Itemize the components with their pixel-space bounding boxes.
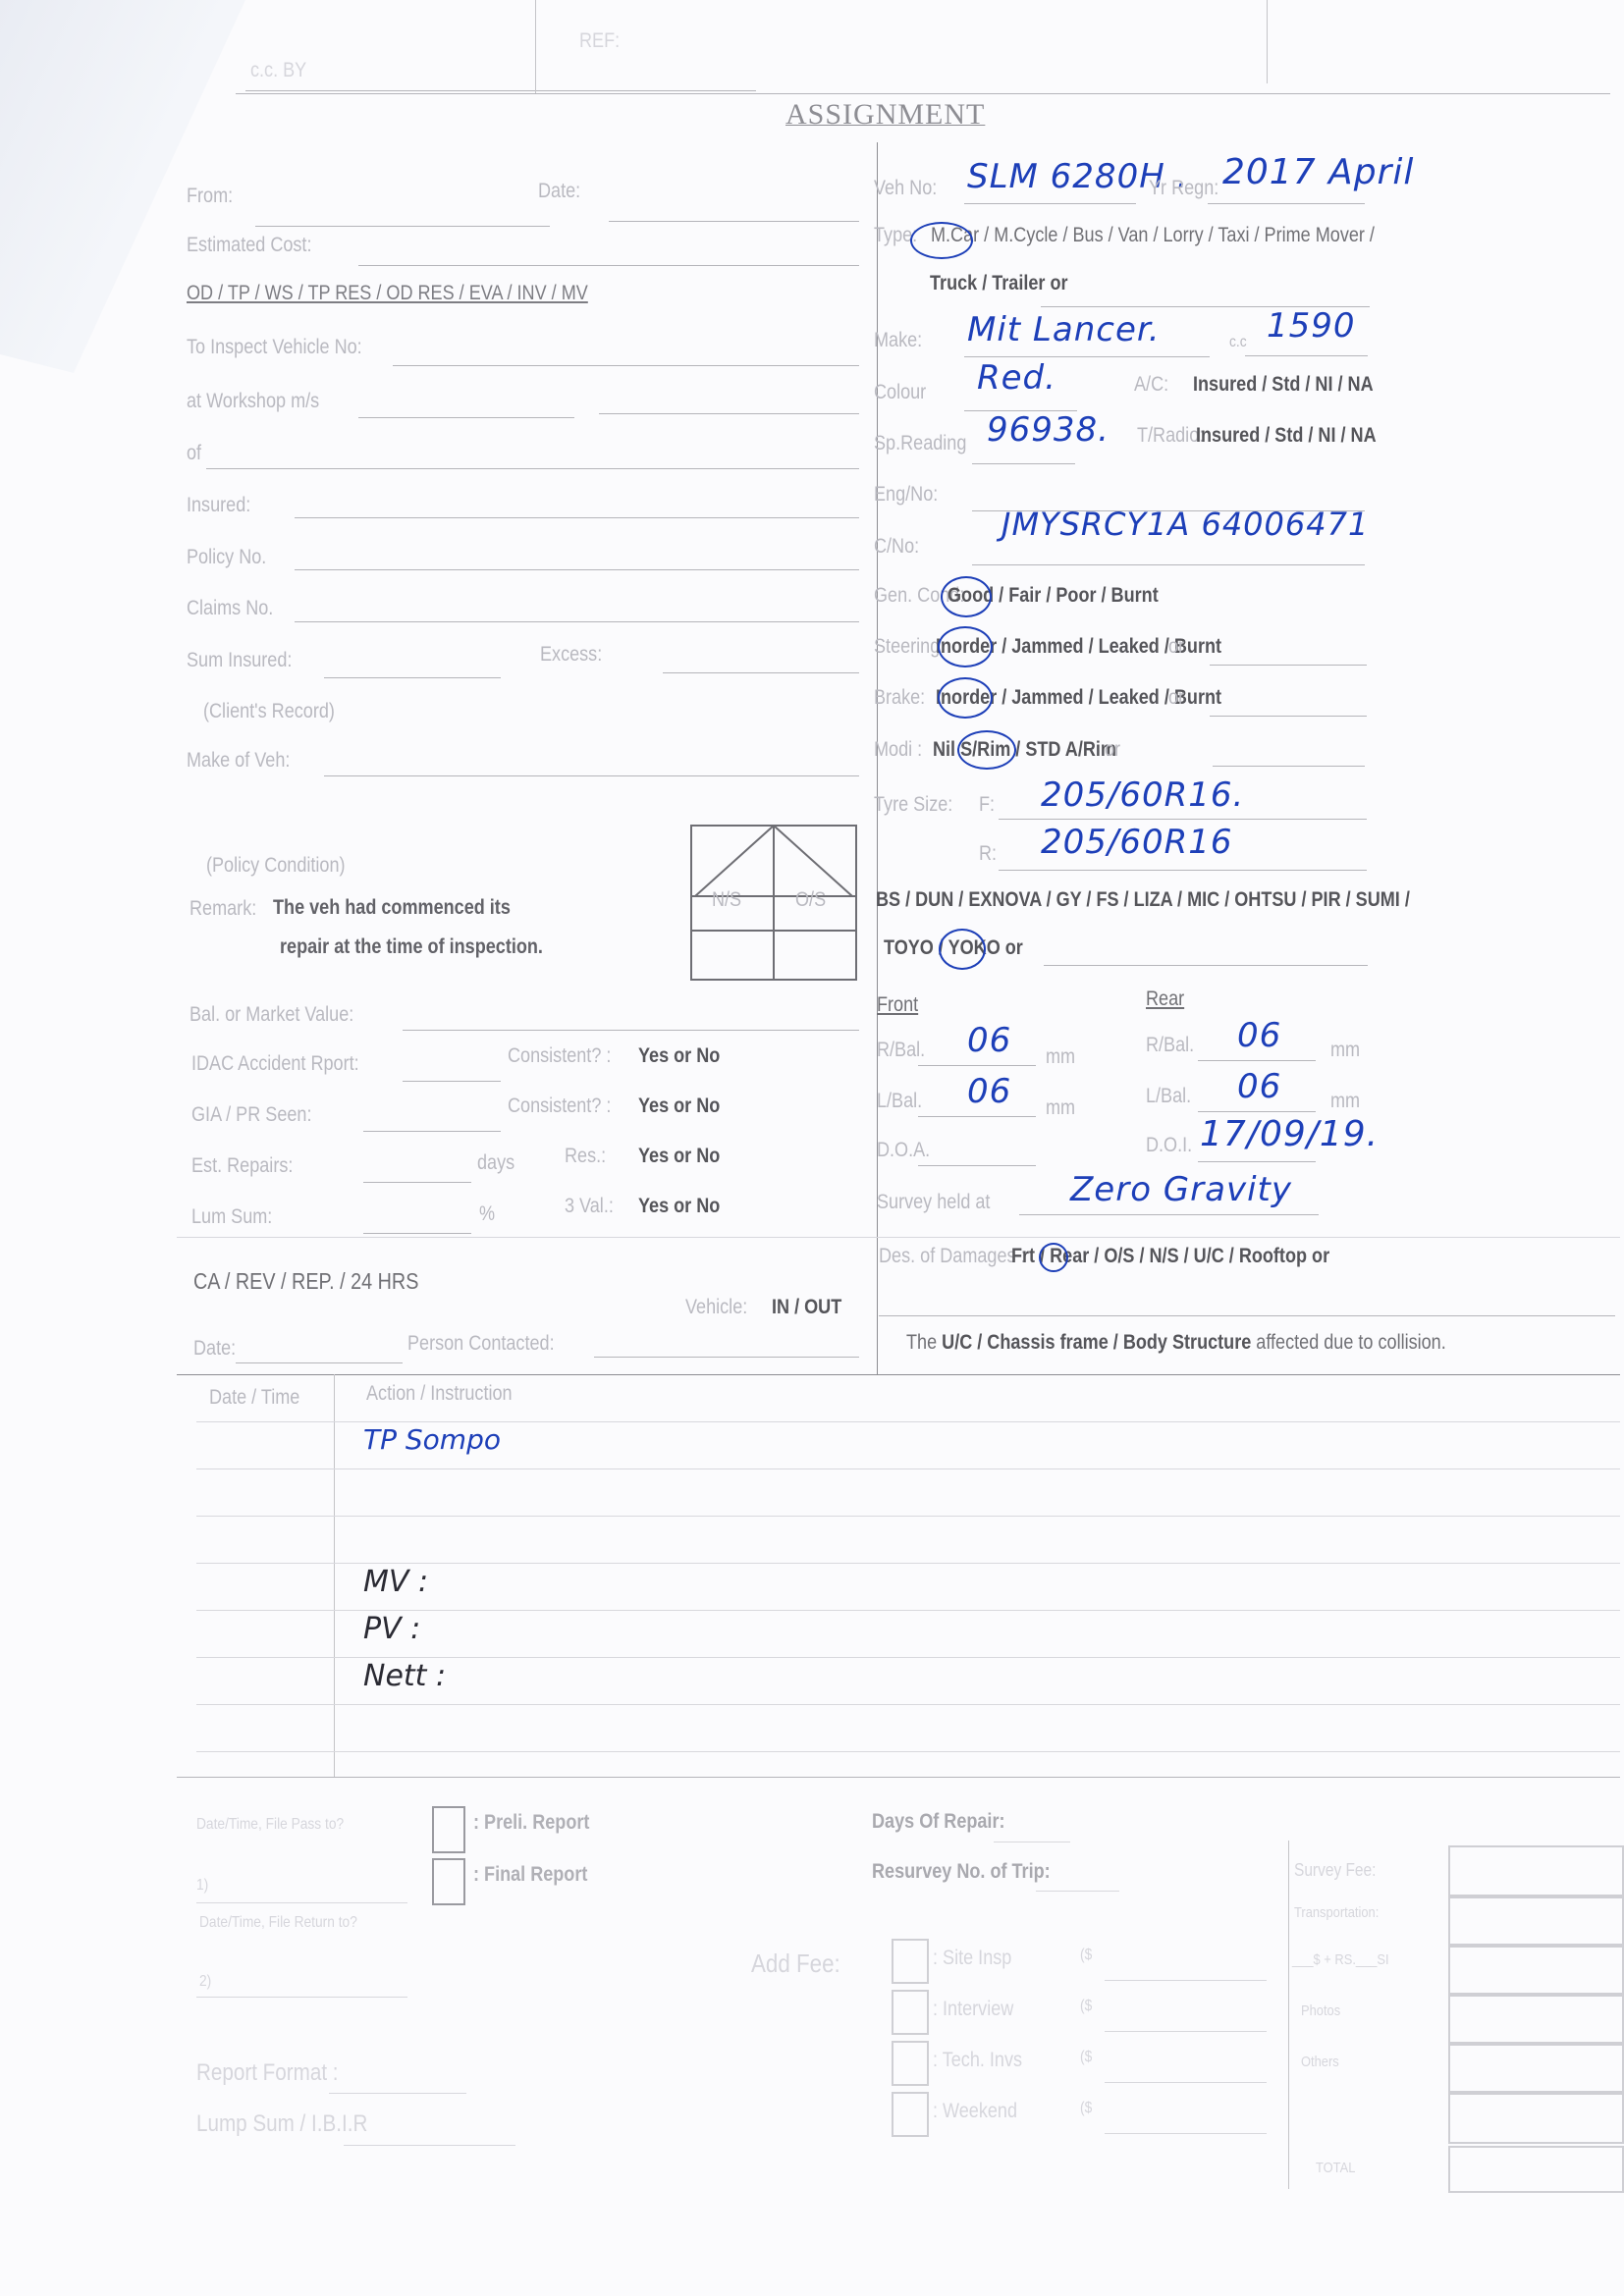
- log-top-border: [177, 1374, 1620, 1375]
- cc-label: c.c: [1229, 334, 1247, 351]
- ac-label: A/C:: [1134, 373, 1168, 397]
- insured-label: Insured:: [187, 494, 250, 517]
- log-row-divider: [196, 1516, 1620, 1517]
- header-bottom-line: [236, 93, 1610, 94]
- sp-reading-value[interactable]: 96938.: [987, 410, 1110, 450]
- person-contacted-label: Person Contacted:: [407, 1332, 555, 1356]
- resurvey-label: Resurvey No. of Trip:: [872, 1860, 1051, 1884]
- front-lbal-value[interactable]: 06: [967, 1072, 1011, 1111]
- doi-label: D.O.I.: [1146, 1134, 1192, 1157]
- to-inspect-field[interactable]: [393, 365, 859, 366]
- log-column-divider: [334, 1374, 335, 1777]
- front-lbal-mm: mm: [1046, 1096, 1075, 1120]
- make-field: [964, 356, 1210, 357]
- faint-divider: [177, 1237, 1620, 1238]
- log-col-datetime: Date / Time: [209, 1386, 299, 1410]
- log-row-divider: [196, 1704, 1620, 1705]
- rear-rbal-field: [1198, 1060, 1316, 1061]
- damages-label: Des. of Damages :: [879, 1245, 1026, 1268]
- item2-label: 2): [199, 1973, 211, 1991]
- excess-field[interactable]: [663, 672, 859, 673]
- date-field[interactable]: [609, 221, 859, 222]
- idac-label: IDAC Accident Rport:: [191, 1052, 359, 1076]
- add-fee-checkbox[interactable]: [892, 1990, 929, 2035]
- diagram-os-label: O/S: [795, 888, 826, 912]
- add-fee-item-label: : Weekend: [933, 2100, 1017, 2123]
- front-rbal-mm: mm: [1046, 1045, 1075, 1069]
- final-report-label: : Final Report: [473, 1863, 587, 1887]
- res-label: Res.:: [565, 1145, 606, 1168]
- fee-amount-cell[interactable]: [1448, 2042, 1624, 2095]
- tyre-r-value[interactable]: 205/60R16: [1041, 823, 1233, 862]
- sum-insured-label: Sum Insured:: [187, 649, 292, 672]
- report-format-label: Report Format :: [196, 2059, 339, 2087]
- modi-or-label: or: [1105, 738, 1120, 762]
- days-label: days: [477, 1151, 514, 1175]
- steering-or-label: or: [1168, 635, 1184, 659]
- tyre-brand-other-field[interactable]: [1044, 965, 1368, 966]
- add-fee-checkbox[interactable]: [892, 2092, 929, 2137]
- uc-line: The U/C / Chassis frame / Body Structure…: [906, 1331, 1446, 1355]
- gen-cond-selected-circle: [941, 576, 992, 617]
- log-row-divider: [196, 1421, 1620, 1422]
- tyre-f-label: F:: [979, 793, 995, 817]
- report-type-options[interactable]: CA / REV / REP. / 24 HRS: [193, 1268, 418, 1295]
- workshop-label: at Workshop m/s: [187, 390, 319, 413]
- yr-regn-value[interactable]: 2017 April: [1222, 152, 1414, 192]
- percent-label: %: [479, 1202, 495, 1226]
- preli-report-checkbox[interactable]: [432, 1806, 465, 1853]
- file-pass-field[interactable]: [196, 1902, 407, 1903]
- uc-line-options[interactable]: U/C / Chassis frame / Body Structure: [942, 1331, 1251, 1354]
- tyre-brand-selected-circle: [939, 929, 986, 970]
- of-field[interactable]: [206, 468, 859, 469]
- type-selected-circle: [910, 222, 973, 259]
- log-bottom-border: [177, 1777, 1620, 1778]
- brake-label: Brake:: [874, 686, 925, 710]
- rear-rbal-value[interactable]: 06: [1237, 1016, 1281, 1055]
- header-divider: [535, 0, 536, 93]
- tyre-r-label: R:: [979, 842, 997, 866]
- header-divider-right: [1267, 0, 1268, 83]
- transportation-label: Transportation:: [1294, 1904, 1379, 1921]
- rate-label: ___$ + RS.___SI: [1292, 1951, 1389, 1968]
- modi-label: Modi :: [874, 738, 922, 762]
- front-heading: Front: [877, 993, 918, 1017]
- idac-field[interactable]: [403, 1081, 501, 1082]
- rear-rbal-mm: mm: [1330, 1039, 1360, 1062]
- rear-lbal-mm: mm: [1330, 1090, 1360, 1113]
- from-label: From:: [187, 185, 233, 208]
- brake-or-label: or: [1168, 686, 1184, 710]
- steering-label: Steering:: [874, 635, 945, 659]
- doa-field[interactable]: [918, 1165, 1036, 1166]
- front-rbal-field: [918, 1065, 1036, 1066]
- policy-label: Policy No.: [187, 546, 266, 569]
- fee-amount-cell[interactable]: [1448, 2091, 1624, 2144]
- three-val-yes-no[interactable]: Yes or No: [638, 1195, 720, 1218]
- add-fee-currency: ($: [1080, 1947, 1092, 1964]
- tradio-label: T/Radio:: [1137, 424, 1204, 448]
- remark-line-2: repair at the time of inspection.: [280, 935, 543, 959]
- ref-label: REF:: [579, 29, 620, 53]
- log-entry-action[interactable]: Nett :: [363, 1659, 446, 1693]
- fee-amount-cell[interactable]: [1448, 1895, 1624, 1948]
- item1-label: 1): [196, 1877, 208, 1895]
- c-no-field: [972, 564, 1365, 565]
- clients-record-label: (Client's Record): [203, 700, 335, 723]
- sum-insured-field[interactable]: [324, 677, 501, 678]
- colour-value[interactable]: Red.: [977, 358, 1056, 398]
- fee-amount-cell[interactable]: [1448, 1993, 1624, 2046]
- damages-selected-circle: [1039, 1243, 1068, 1272]
- steering-selected-circle: [938, 626, 993, 667]
- remark-line-1: The veh had commenced its: [273, 896, 511, 920]
- insured-field[interactable]: [295, 517, 859, 518]
- front-lbal-label: L/Bal.: [877, 1090, 922, 1113]
- front-rbal-label: R/Bal.: [877, 1039, 925, 1062]
- gia-field[interactable]: [363, 1131, 501, 1132]
- vehicle-in-out[interactable]: IN / OUT: [772, 1296, 841, 1319]
- idac-yes-no[interactable]: Yes or No: [638, 1044, 720, 1068]
- add-fee-item-label: : Tech. Invs: [933, 2049, 1022, 2072]
- c-no-value[interactable]: JMYSRCY1A 64006471: [1001, 506, 1369, 543]
- diagram-ns-label: N/S: [712, 888, 741, 912]
- header-line: [245, 90, 756, 91]
- yr-regn-label: Yr Regn:: [1149, 177, 1218, 200]
- idac-consistent-label: Consistent? :: [508, 1044, 611, 1068]
- log-row-divider: [196, 1751, 1620, 1752]
- survey-held-field: [1019, 1214, 1319, 1215]
- type-options-line2[interactable]: Truck / Trailer or: [930, 272, 1068, 295]
- gia-consistent-label: Consistent? :: [508, 1095, 611, 1118]
- photos-label: Photos: [1301, 2002, 1340, 2019]
- log-row-divider: [196, 1610, 1620, 1611]
- claim-type-options[interactable]: OD / TP / WS / TP RES / OD RES / EVA / I…: [187, 282, 588, 305]
- doi-value[interactable]: 17/09/19.: [1200, 1114, 1379, 1154]
- rear-lbal-value[interactable]: 06: [1237, 1067, 1281, 1106]
- log-entry-action[interactable]: MV :: [363, 1565, 428, 1599]
- front-lbal-field: [918, 1116, 1036, 1117]
- tyre-f-field: [999, 819, 1367, 820]
- type-options[interactable]: M.Car / M.Cycle / Bus / Van / Lorry / Ta…: [931, 224, 1375, 247]
- of-label: of: [187, 442, 201, 465]
- lump-sum-field[interactable]: [344, 2145, 515, 2146]
- date-label: Date:: [538, 180, 580, 203]
- estimated-cost-field[interactable]: [358, 265, 859, 266]
- res-yes-no[interactable]: Yes or No: [638, 1145, 720, 1168]
- sp-reading-field: [972, 463, 1075, 464]
- brake-other-field[interactable]: [1210, 716, 1367, 717]
- add-fee-checkbox[interactable]: [892, 2041, 929, 2086]
- add-fee-amount-field[interactable]: [1105, 2031, 1267, 2032]
- file-return-label: Date/Time, File Return to?: [199, 1914, 357, 1932]
- damages-other-field[interactable]: [879, 1315, 1615, 1316]
- lum-sum-label: Lum Sum:: [191, 1205, 272, 1229]
- add-fee-checkbox[interactable]: [892, 1939, 929, 1984]
- total-label: TOTAL: [1316, 2160, 1355, 2176]
- fee-amount-cell[interactable]: [1448, 1845, 1624, 1898]
- c-no-label: C/No:: [874, 535, 919, 559]
- cc-value[interactable]: 1590: [1267, 306, 1356, 346]
- make-label: Make:: [874, 329, 922, 352]
- fee-amount-cell[interactable]: [1448, 1944, 1624, 1997]
- est-repairs-label: Est. Repairs:: [191, 1154, 293, 1178]
- estimated-cost-label: Estimated Cost:: [187, 234, 311, 257]
- final-report-checkbox[interactable]: [432, 1858, 465, 1905]
- total-amount-box[interactable]: [1448, 2146, 1624, 2193]
- add-fee-item-label: : Interview: [933, 1998, 1013, 2021]
- lum-sum-field[interactable]: [363, 1233, 471, 1234]
- front-rbal-value[interactable]: 06: [967, 1021, 1011, 1060]
- page-title: ASSIGNMENT: [785, 98, 985, 132]
- days-of-repair-label: Days Of Repair:: [872, 1810, 1005, 1834]
- person-contacted-field[interactable]: [594, 1357, 859, 1358]
- log-entry-action[interactable]: PV :: [363, 1612, 420, 1646]
- survey-held-label: Survey held at: [877, 1191, 990, 1214]
- rear-rbal-label: R/Bal.: [1146, 1034, 1194, 1057]
- eng-no-label: Eng/No:: [874, 483, 938, 507]
- resurvey-field[interactable]: [1036, 1891, 1119, 1892]
- log-entry-action[interactable]: TP Sompo: [363, 1423, 501, 1456]
- make-of-veh-label: Make of Veh:: [187, 749, 290, 773]
- doa-label: D.O.A.: [877, 1139, 930, 1162]
- tyre-brand-options[interactable]: BS / DUN / EXNOVA / GY / FS / LIZA / MIC…: [876, 888, 1410, 912]
- date2-label: Date:: [193, 1337, 236, 1361]
- add-fee-currency: ($: [1080, 2100, 1092, 2117]
- add-fee-amount-field[interactable]: [1105, 2082, 1267, 2083]
- rear-heading: Rear: [1146, 988, 1184, 1011]
- workshop-field-2[interactable]: [599, 413, 859, 414]
- veh-no-label: Veh No:: [874, 177, 937, 200]
- file-return-field[interactable]: [196, 1997, 407, 1998]
- market-value-field[interactable]: [403, 1030, 859, 1031]
- add-fee-amount-field[interactable]: [1105, 1980, 1267, 1981]
- modi-selected-circle: [957, 730, 1016, 770]
- three-val-label: 3 Val.:: [565, 1195, 614, 1218]
- survey-held-value[interactable]: Zero Gravity: [1070, 1170, 1292, 1209]
- modi-other-field[interactable]: [1213, 766, 1365, 767]
- add-fee-currency: ($: [1080, 1998, 1092, 2015]
- cc-by-label: c.c. BY: [250, 59, 306, 82]
- from-field[interactable]: [255, 226, 550, 227]
- log-row-divider: [196, 1563, 1620, 1564]
- fee-column-divider: [1288, 1841, 1289, 2189]
- sp-reading-label: Sp.Reading: [874, 432, 966, 455]
- lump-sum-label: Lump Sum / I.B.I.R: [196, 2110, 367, 2138]
- add-fee-label: Add Fee:: [751, 1949, 840, 1979]
- uc-line-prefix: The: [906, 1331, 937, 1354]
- make-of-veh-field[interactable]: [324, 775, 859, 776]
- steering-other-field[interactable]: [1210, 665, 1367, 666]
- tyre-r-field: [999, 870, 1367, 871]
- make-value[interactable]: Mit Lancer.: [967, 310, 1161, 349]
- tyre-size-label: Tyre Size:: [874, 793, 952, 817]
- file-pass-label: Date/Time, File Pass to?: [196, 1816, 344, 1834]
- add-fee-item-label: : Site Insp: [933, 1947, 1011, 1970]
- remark-label: Remark:: [189, 897, 256, 921]
- colour-label: Colour: [874, 381, 926, 404]
- to-inspect-label: To Inspect Vehicle No:: [187, 336, 362, 359]
- policy-condition-label: (Policy Condition): [206, 854, 346, 878]
- gia-yes-no[interactable]: Yes or No: [638, 1095, 720, 1118]
- vehicle-label: Vehicle:: [685, 1296, 747, 1319]
- survey-fee-label: Survey Fee:: [1294, 1860, 1376, 1881]
- report-format-field[interactable]: [329, 2093, 466, 2094]
- brake-selected-circle: [938, 677, 993, 719]
- log-row-divider: [196, 1657, 1620, 1658]
- add-fee-currency: ($: [1080, 2049, 1092, 2066]
- date2-field[interactable]: [236, 1362, 403, 1363]
- ac-options[interactable]: Insured / Std / NI / NA: [1193, 373, 1374, 397]
- claims-label: Claims No.: [187, 597, 273, 620]
- add-fee-amount-field[interactable]: [1105, 2133, 1267, 2134]
- others-label: Others: [1301, 2054, 1339, 2070]
- tradio-options[interactable]: Insured / Std / NI / NA: [1196, 424, 1377, 448]
- policy-field[interactable]: [295, 569, 859, 570]
- est-repairs-field[interactable]: [363, 1182, 471, 1183]
- preli-report-label: : Preli. Report: [473, 1811, 589, 1835]
- tyre-f-value[interactable]: 205/60R16.: [1041, 775, 1244, 815]
- veh-no-field: [964, 203, 1136, 204]
- workshop-field[interactable]: [358, 417, 574, 418]
- yr-regn-field: [1208, 203, 1365, 204]
- rear-lbal-label: L/Bal.: [1146, 1085, 1191, 1108]
- log-row-divider: [196, 1468, 1620, 1469]
- cc-field: [1245, 355, 1368, 356]
- log-col-action: Action / Instruction: [366, 1382, 513, 1406]
- claims-field[interactable]: [295, 621, 859, 622]
- uc-line-suffix: affected due to collision.: [1256, 1331, 1445, 1354]
- excess-label: Excess:: [540, 643, 602, 667]
- rear-lbal-field: [1198, 1111, 1316, 1112]
- days-of-repair-field[interactable]: [994, 1842, 1070, 1842]
- doi-field: [1198, 1161, 1316, 1162]
- gia-label: GIA / PR Seen:: [191, 1103, 311, 1127]
- market-value-label: Bal. or Market Value:: [189, 1003, 353, 1027]
